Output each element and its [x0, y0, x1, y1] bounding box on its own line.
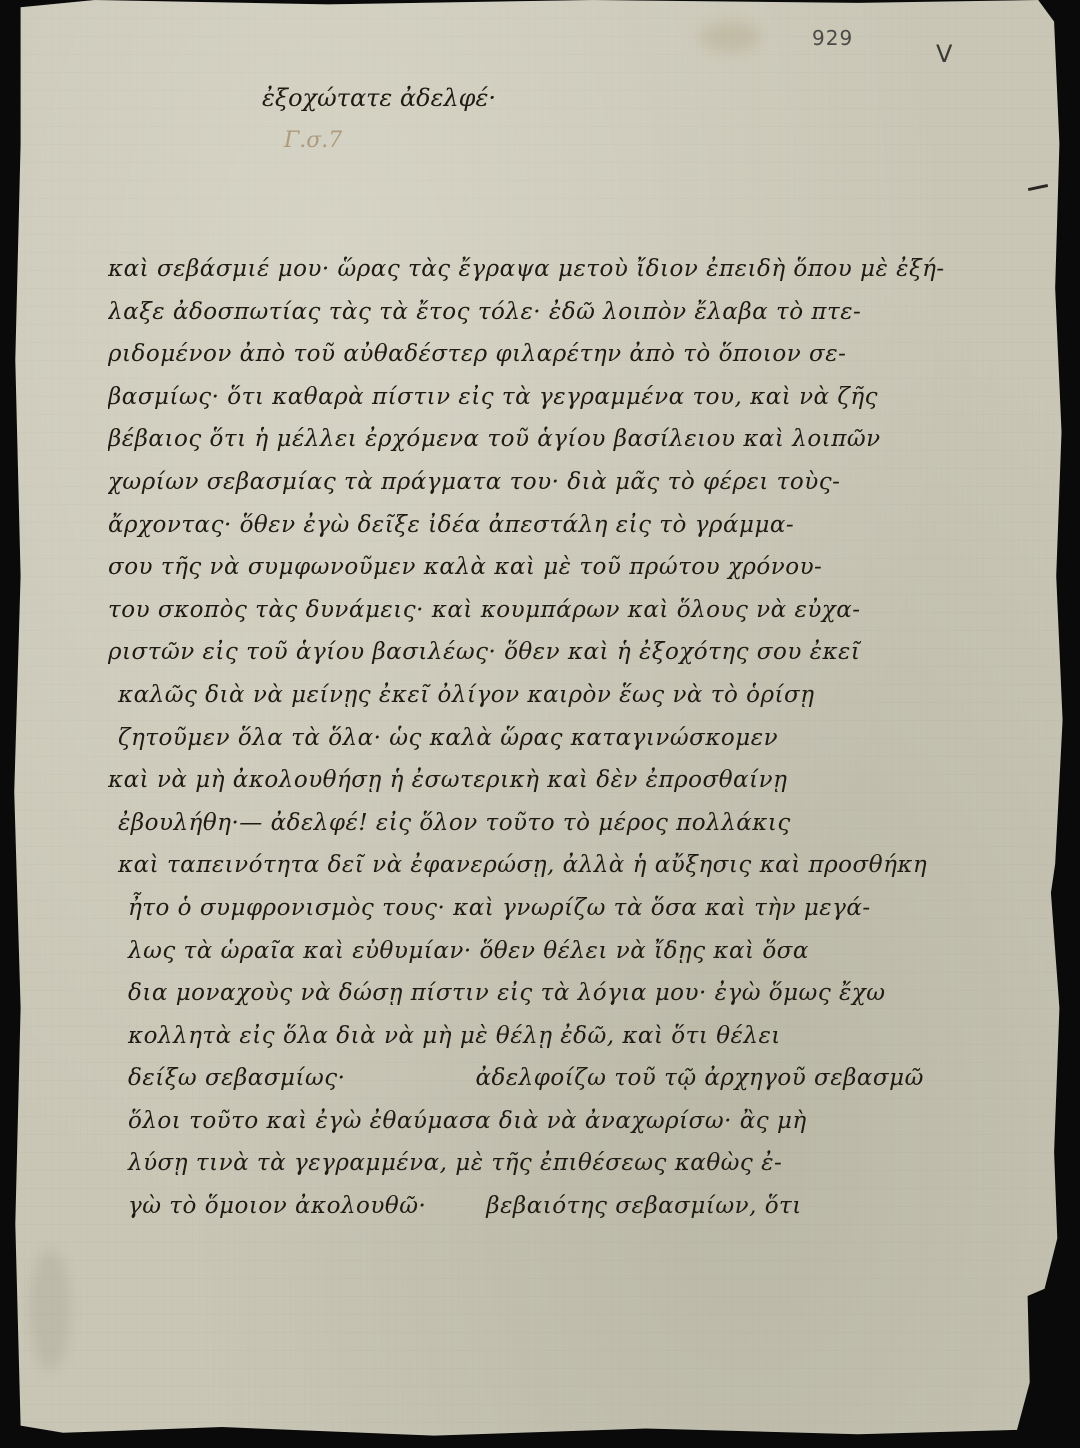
check-mark-annotation: V [936, 40, 952, 68]
body-line: ἐβουλήθη·— ἀδελφέ! εἰς ὅλον τοῦτο τὸ μέρ… [108, 802, 1068, 845]
body-line: καὶ ταπεινότητα δεῖ νὰ ἐφανερώσῃ, ἀλλὰ ἡ… [108, 844, 1068, 887]
body-line: ἦτο ὁ συμφρονισμὸς τους· καὶ γνωρίζω τὰ … [108, 887, 1068, 930]
body-line: κολλητὰ εἰς ὅλα διὰ νὰ μὴ μὲ θέλῃ ἐδῶ, κ… [108, 1015, 1068, 1058]
body-line: ριδομένον ἀπὸ τοῦ αὐθαδέστερ φιλαρέτην ἀ… [108, 333, 1068, 376]
body-line: χωρίων σεβασμίας τὰ πράγματα του· διὰ μᾶ… [108, 461, 1068, 504]
letter-body: καὶ σεβάσμιέ μου· ὥρας τὰς ἔγραψα μετοὺ … [108, 248, 1068, 1228]
body-line-left: γὼ τὸ ὅμοιον ἀκολουθῶ· [128, 1185, 426, 1228]
body-line: καλῶς διὰ νὰ μείνῃς ἐκεῖ ὀλίγον καιρὸν ἕ… [108, 674, 1068, 717]
letter-salutation: ἐξοχώτατε ἀδελφέ· [262, 84, 496, 112]
body-line: ζητοῦμεν ὅλα τὰ ὅλα· ὡς καλὰ ὥρας καταγι… [108, 717, 1068, 760]
body-line: λαξε ἀδοσπωτίας τὰς τὰ ἔτος τόλε· ἐδῶ λο… [108, 291, 1068, 334]
body-line: σου τῆς νὰ συμφωνοῦμεν καλὰ καὶ μὲ τοῦ π… [108, 546, 1068, 589]
body-line: γὼ τὸ ὅμοιον ἀκολουθῶ· βεβαιότης σεβασμί… [108, 1185, 1068, 1228]
archive-folio-number: 929 [812, 26, 853, 50]
document-frame: 929 V ἐξοχώτατε ἀδελφέ· Γ.σ.7 καὶ σεβάσμ… [0, 0, 1080, 1448]
body-line: δια μοναχοὺς νὰ δώσῃ πίστιν εἰς τὰ λόγια… [108, 972, 1068, 1015]
pencil-annotation: Γ.σ.7 [284, 128, 342, 153]
body-line: καὶ νὰ μὴ ἀκολουθήσῃ ἡ ἐσωτερικὴ καὶ δὲν… [108, 759, 1068, 802]
body-line: βασμίως· ὅτι καθαρὰ πίστιν εἰς τὰ γεγραμ… [108, 376, 1068, 419]
body-line: λύσῃ τινὰ τὰ γεγραμμένα, μὲ τῆς ἐπιθέσεω… [108, 1142, 1068, 1185]
body-line: καὶ σεβάσμιέ μου· ὥρας τὰς ἔγραψα μετοὺ … [108, 248, 1068, 291]
body-line-right: ἀδελφοίζω τοῦ τῷ ἀρχηγοῦ σεβασμῶ [475, 1057, 923, 1100]
body-line: του σκοπὸς τὰς δυνάμεις· καὶ κουμπάρων κ… [108, 589, 1068, 632]
body-line: ἄρχοντας· ὅθεν ἐγὼ δεῖξε ἰδέα ἀπεστάλη ε… [108, 504, 1068, 547]
body-line-left: δείξω σεβασμίως· [128, 1057, 345, 1100]
body-line: ριστῶν εἰς τοῦ ἁγίου βασιλέως· ὅθεν καὶ … [108, 631, 1068, 674]
body-line: δείξω σεβασμίως· ἀδελφοίζω τοῦ τῷ ἀρχηγο… [108, 1057, 1068, 1100]
body-line: ὅλοι τοῦτο καὶ ἐγὼ ἐθαύμασα διὰ νὰ ἀναχω… [108, 1100, 1068, 1143]
body-line: λως τὰ ὡραῖα καὶ εὐθυμίαν· ὅθεν θέλει νὰ… [108, 930, 1068, 973]
paper-stain [30, 1250, 70, 1370]
paper-stain [700, 22, 760, 52]
closing-signature-line: βεβαιότης σεβασμίων, ὅτι [486, 1185, 802, 1228]
body-line: βέβαιος ὅτι ἡ μέλλει ἐρχόμενα τοῦ ἁγίου … [108, 418, 1068, 461]
